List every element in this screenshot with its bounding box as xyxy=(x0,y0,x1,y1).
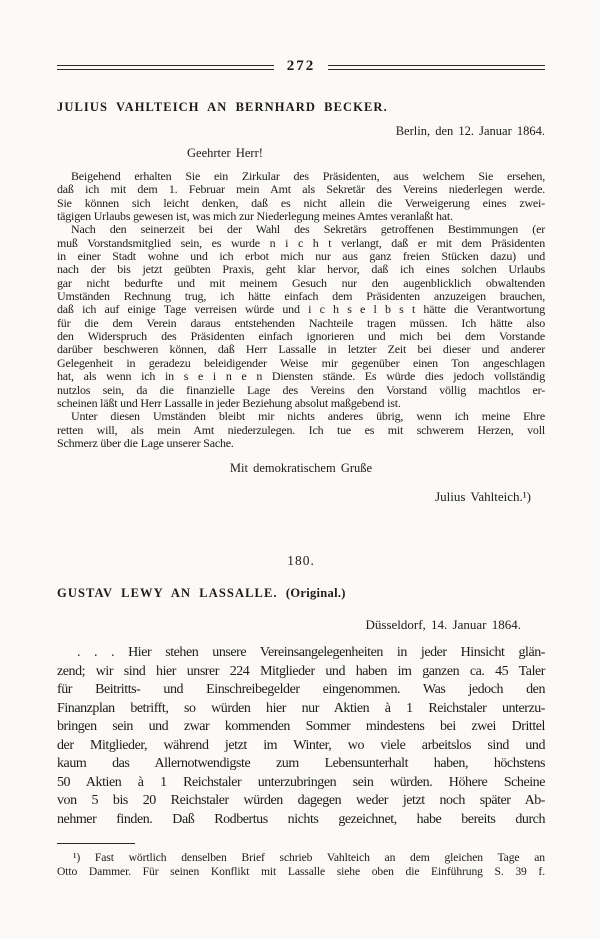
text-line: zend; wir sind hier unsrer 224 Mitgliede… xyxy=(57,663,545,682)
text-line: Unter diesen Umständen bleibt mir nichts… xyxy=(57,410,545,423)
text-line: muß Vorstandsmitglied sein, es wurde n i… xyxy=(57,237,545,250)
text-line: Finanzplan betrifft, so würden hier nur … xyxy=(57,700,545,719)
text-line: in einer Stadt wohne und ich erbot mich … xyxy=(57,250,545,263)
text-line: gar nicht bedurfte und mit meinem Gesuch… xyxy=(57,277,545,290)
letter1-salutation: Geehrter Herr! xyxy=(57,146,545,161)
letter2-heading-original-note: (Original.) xyxy=(286,586,346,600)
text-line: daß ich mit dem 1. Februar mein Amt als … xyxy=(57,183,545,196)
text-line: darüber beschweren können, daß Herr Lass… xyxy=(57,343,545,356)
section-number: 180. xyxy=(57,553,545,569)
text-line: für die dem Verein daraus entstehenden N… xyxy=(57,317,545,330)
letter1-paragraph-2: Nach den seinerzeit bei der Wahl des Sek… xyxy=(57,223,545,410)
page-header: 272 xyxy=(57,60,545,75)
text-line: von 5 bis 20 Reichstaler würden dagegen … xyxy=(57,792,545,811)
text-line: Beigehend erhalten Sie ein Zirkular des … xyxy=(57,170,545,183)
text-line: Umständen Rechnung trug, ich hätte einfa… xyxy=(57,290,545,303)
letter2-heading-main: GUSTAV LEWY AN LASSALLE. xyxy=(57,586,278,600)
text-line: daß ich auf einige Tage verreisen würde … xyxy=(57,303,545,316)
letter1-dateline: Berlin, den 12. Januar 1864. xyxy=(57,124,545,139)
text-line: nehmer finden. Daß Rodbertus nichts geze… xyxy=(57,811,545,830)
letter-lewy: GUSTAV LEWY AN LASSALLE. (Original.) Düs… xyxy=(57,586,545,829)
text-line: Gelegenheit in geradezu beleidigender We… xyxy=(57,357,545,370)
text-line: nutzlos sein, da die finanzielle Lage de… xyxy=(57,384,545,397)
text-line: 50 Aktien à 1 Reichstaler unterzubringen… xyxy=(57,774,545,793)
letter-vahlteich: JULIUS VAHLTEICH AN BERNHARD BECKER. Ber… xyxy=(57,100,545,505)
footnote-line: ¹) Fast wörtlich denselben Brief schrieb… xyxy=(57,851,545,865)
letter1-paragraph-1: Beigehend erhalten Sie ein Zirkular des … xyxy=(57,170,545,223)
letter1-heading: JULIUS VAHLTEICH AN BERNHARD BECKER. xyxy=(57,100,545,115)
text-line: Sie können sich leicht denken, daß es ni… xyxy=(57,197,545,210)
letter2-paragraph-1: . . . Hier stehen unsere Vereinsangelege… xyxy=(57,644,545,829)
page-number: 272 xyxy=(287,59,316,74)
text-line: . . . Hier stehen unsere Vereinsangelege… xyxy=(57,644,545,663)
letter2-heading: GUSTAV LEWY AN LASSALLE. (Original.) xyxy=(57,586,545,601)
footnote-text: ¹) Fast wörtlich denselben Brief schrieb… xyxy=(57,851,545,879)
book-page: 272 JULIUS VAHLTEICH AN BERNHARD BECKER.… xyxy=(0,0,600,939)
text-line: scheinen läßt und Herr Lassalle in jeder… xyxy=(57,397,545,410)
text-line: nach der bis jetzt geübten Praxis, geht … xyxy=(57,263,545,276)
text-line: bringen sein und zwar kommenden Sommer m… xyxy=(57,718,545,737)
letter1-signature: Julius Vahlteich.¹) xyxy=(57,489,545,505)
text-line: hat, als wenn ich in s e i n e n Dienste… xyxy=(57,370,545,383)
text-line: tägigen Urlaubs gewesen ist, was mich zu… xyxy=(57,210,545,223)
letter2-dateline: Düsseldorf, 14. Januar 1864. xyxy=(57,617,545,633)
text-line: retten will, als mein Amt niederzulegen.… xyxy=(57,424,545,437)
text-line: kaum das Allernotwendigste zum Lebensunt… xyxy=(57,755,545,774)
header-rule-left xyxy=(57,65,274,70)
letter1-paragraph-3: Unter diesen Umständen bleibt mir nichts… xyxy=(57,410,545,450)
text-line: für Beitritts- und Einschreibegelder ein… xyxy=(57,681,545,700)
text-line: Schmerz über die Lage unserer Sache. xyxy=(57,437,545,450)
footnote-line: Otto Dammer. Für seinen Konflikt mit Las… xyxy=(57,865,545,879)
footnote-area: ¹) Fast wörtlich denselben Brief schrieb… xyxy=(57,843,545,879)
footnote-separator-rule xyxy=(57,843,135,844)
text-line: der Mitglieder, während jetzt im Winter,… xyxy=(57,737,545,756)
header-rule-right xyxy=(328,65,545,70)
letter1-closing: Mit demokratischem Gruße xyxy=(57,461,545,476)
text-line: den Widerspruch des Präsidenten einfach … xyxy=(57,330,545,343)
text-line: Nach den seinerzeit bei der Wahl des Sek… xyxy=(57,223,545,236)
